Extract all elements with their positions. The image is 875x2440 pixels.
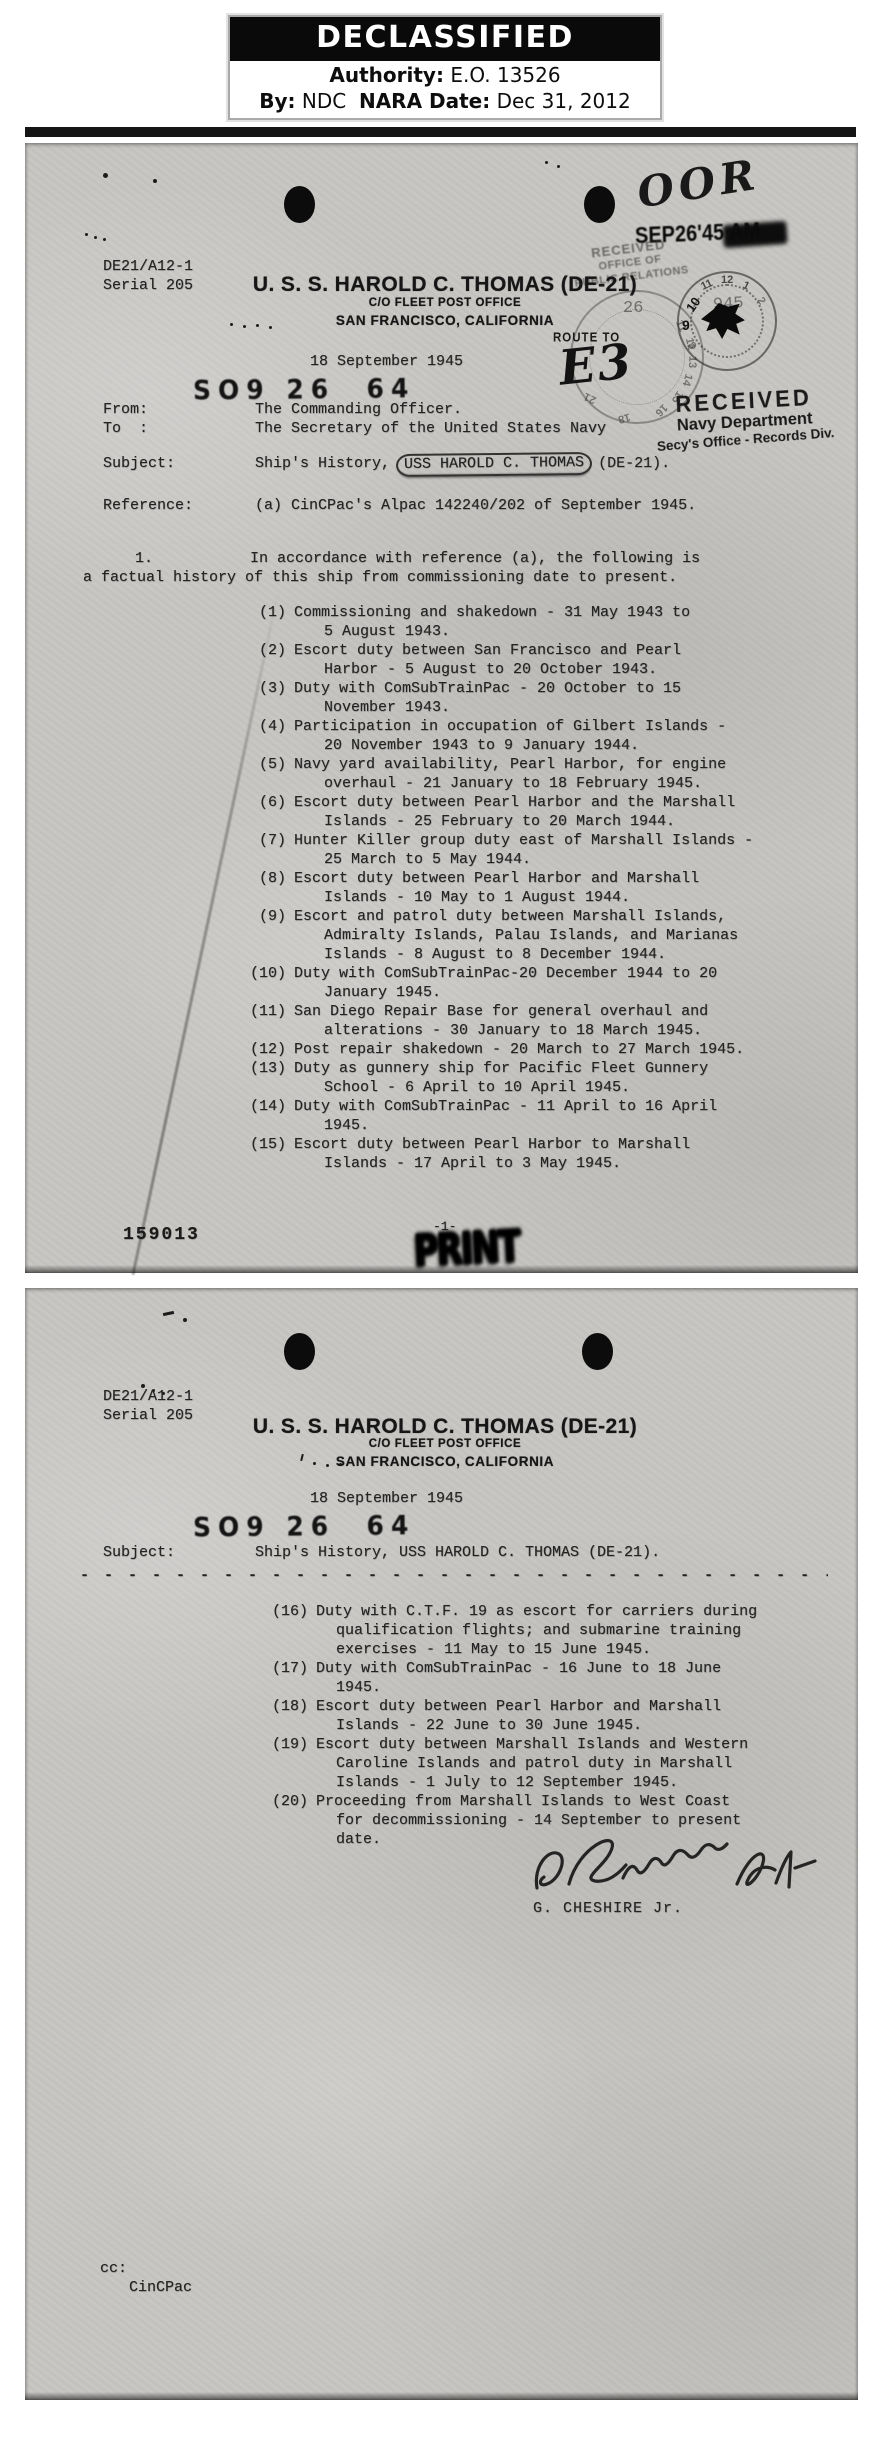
by-value: NDC	[296, 89, 359, 113]
item-number: (15)	[25, 1135, 294, 1173]
nara-date-label: NARA Date:	[359, 89, 490, 113]
ink-speck	[153, 179, 157, 183]
item-text: Navy yard availability, Pearl Harbor, fo…	[294, 755, 858, 793]
declassification-banner: DECLASSIFIED Authority: E.O. 13526 By: N…	[228, 15, 662, 120]
cc-label: cc:	[100, 2260, 127, 2277]
item-number: (1)	[25, 603, 294, 641]
item-number: (10)	[25, 964, 294, 1002]
history-items-list: (1)Commissioning and shakedown - 31 May …	[25, 603, 858, 1173]
history-items-list: (16)Duty with C.T.F. 19 as escort for ca…	[25, 1602, 858, 1849]
clock-number: 12	[721, 274, 733, 286]
nara-date-value: Dec 31, 2012	[490, 89, 630, 113]
authority-line: Authority: E.O. 13526	[230, 63, 660, 87]
from-row: From: The Commanding Officer.	[25, 401, 858, 421]
item-number: (16)	[25, 1602, 316, 1659]
history-item: (18)Escort duty between Pearl Harbor and…	[25, 1697, 858, 1735]
history-item: (4)Participation in occupation of Gilber…	[25, 717, 858, 755]
item-number: (11)	[25, 1002, 294, 1040]
authority-value: E.O. 13526	[444, 63, 561, 87]
history-item: (16)Duty with C.T.F. 19 as escort for ca…	[25, 1602, 858, 1659]
item-text: Escort duty between Marshall Islands and…	[316, 1735, 858, 1792]
header-divider-rule	[25, 127, 856, 137]
history-item: (5)Navy yard availability, Pearl Harbor,…	[25, 755, 858, 793]
ink-speck	[85, 233, 88, 236]
reference-value: (a) CinCPac's Alpac 142240/202 of Septem…	[255, 497, 696, 514]
item-text: Escort duty between San Francisco and Pe…	[294, 641, 858, 679]
punch-hole	[582, 1333, 613, 1370]
print-stamp-smudge: PRINT	[412, 1220, 520, 1277]
history-item: (13)Duty as gunnery ship for Pacific Fle…	[25, 1059, 858, 1097]
item-number: (19)	[25, 1735, 316, 1792]
subject-value: Ship's History, USS HAROLD C. THOMAS (DE…	[255, 1544, 660, 1561]
by-label: By:	[259, 89, 295, 113]
serial-number-stamp: SO9 26 64	[193, 1510, 416, 1542]
item-text: Duty with ComSubTrainPac - 16 June to 18…	[316, 1659, 858, 1697]
letterhead-address-line: SAN FRANCISCO, CALIFORNIA	[175, 313, 715, 328]
reference-label: Reference:	[103, 497, 193, 514]
item-text: Proceeding from Marshall Islands to West…	[316, 1792, 858, 1849]
paragraph-number: 1.	[135, 550, 153, 567]
circled-ship-name: USS HAROLD C. THOMAS	[396, 452, 592, 477]
punch-hole	[284, 186, 315, 223]
history-item: (7)Hunter Killer group duty east of Mars…	[25, 831, 858, 869]
history-item: (11)San Diego Repair Base for general ov…	[25, 1002, 858, 1040]
subject-row: Subject: Ship's History, USS HAROLD C. T…	[25, 1544, 858, 1564]
clock-number: 8	[686, 339, 699, 351]
item-text: Duty with ComSubTrainPac-20 December 194…	[294, 964, 858, 1002]
file-reference-line: DE21/A12-1	[103, 1387, 193, 1406]
item-text: San Diego Repair Base for general overha…	[294, 1002, 858, 1040]
by-nara-line: By: NDC NARA Date: Dec 31, 2012	[230, 89, 660, 113]
archive-number: 159013	[123, 1225, 200, 1245]
punch-hole	[284, 1333, 315, 1370]
letter-date: 18 September 1945	[310, 353, 463, 370]
ink-speck	[545, 161, 548, 164]
item-text: Escort duty between Pearl Harbor and Mar…	[294, 869, 858, 907]
item-number: (17)	[25, 1659, 316, 1697]
letterhead-address-line: C/O FLEET POST OFFICE	[175, 297, 715, 309]
item-text: Post repair shakedown - 20 March to 27 M…	[294, 1040, 858, 1059]
history-item: (3)Duty with ComSubTrainPac - 20 October…	[25, 679, 858, 717]
paragraph-line: In accordance with reference (a), the fo…	[250, 550, 700, 567]
item-text: Commissioning and shakedown - 31 May 194…	[294, 603, 858, 641]
to-value: The Secretary of the United States Navy	[255, 420, 606, 437]
ship-name-letterhead: U. S. S. HAROLD C. THOMAS (DE-21)	[175, 273, 715, 297]
route-code-handwritten: E3	[556, 333, 635, 396]
item-number: (18)	[25, 1697, 316, 1735]
item-number: (6)	[25, 793, 294, 831]
subject-value: Ship's History, USS HAROLD C. THOMAS (DE…	[255, 455, 670, 473]
ship-name-letterhead: U. S. S. HAROLD C. THOMAS (DE-21)	[175, 1415, 715, 1439]
item-text: Escort duty between Pearl Harbor to Mars…	[294, 1135, 858, 1173]
dashed-divider: - - - - - - - - - - - - - - - - - - - - …	[80, 1567, 828, 1584]
history-item: (6)Escort duty between Pearl Harbor and …	[25, 793, 858, 831]
item-text: Duty with ComSubTrainPac - 20 October to…	[294, 679, 858, 717]
item-number: (14)	[25, 1097, 294, 1135]
ink-speck	[94, 236, 97, 239]
ink-speck	[163, 1311, 174, 1316]
history-item: (1)Commissioning and shakedown - 31 May …	[25, 603, 858, 641]
history-item: (10)Duty with ComSubTrainPac-20 December…	[25, 964, 858, 1002]
signature-typed-name: G. CHESHIRE Jr.	[533, 1900, 683, 1917]
ink-speck	[557, 165, 560, 168]
clock-number: 2	[754, 295, 767, 307]
letter-page-1: OOR SEP26'45 AM RECEIVED OFFICE OF PUBLI…	[25, 143, 858, 1273]
item-text: Participation in occupation of Gilbert I…	[294, 717, 858, 755]
history-item: (8)Escort duty between Pearl Harbor and …	[25, 869, 858, 907]
item-number: (3)	[25, 679, 294, 717]
ink-speck	[103, 238, 106, 241]
item-number: (5)	[25, 755, 294, 793]
letterhead-address-line: SAN FRANCISCO, CALIFORNIA	[175, 1454, 715, 1469]
punch-hole	[584, 186, 615, 223]
item-text: Hunter Killer group duty east of Marshal…	[294, 831, 858, 869]
history-item: (15)Escort duty between Pearl Harbor to …	[25, 1135, 858, 1173]
subject-label: Subject:	[103, 1544, 175, 1561]
paragraph-line: a factual history of this ship from comm…	[83, 569, 677, 586]
subject-suffix: (DE-21).	[589, 455, 670, 472]
to-row: To : The Secretary of the United States …	[25, 420, 858, 440]
item-number: (8)	[25, 869, 294, 907]
item-text: Duty with C.T.F. 19 as escort for carrie…	[316, 1602, 858, 1659]
item-number: (20)	[25, 1792, 316, 1849]
ink-speck	[183, 1318, 187, 1322]
history-item: (20)Proceeding from Marshall Islands to …	[25, 1792, 858, 1849]
history-item: (14)Duty with ComSubTrainPac - 11 April …	[25, 1097, 858, 1135]
item-number: (13)	[25, 1059, 294, 1097]
to-label: To :	[103, 420, 148, 437]
from-value: The Commanding Officer.	[255, 401, 462, 418]
item-number: (2)	[25, 641, 294, 679]
declassified-title: DECLASSIFIED	[230, 17, 660, 61]
history-item: (2)Escort duty between San Francisco and…	[25, 641, 858, 679]
item-text: Duty as gunnery ship for Pacific Fleet G…	[294, 1059, 858, 1097]
item-text: Escort duty between Pearl Harbor and the…	[294, 793, 858, 831]
history-item: (17)Duty with ComSubTrainPac - 16 June t…	[25, 1659, 858, 1697]
item-text: Escort duty between Pearl Harbor and Mar…	[316, 1697, 858, 1735]
item-number: (12)	[25, 1040, 294, 1059]
letter-page-2: DE21/A12-1 Serial 205 U. S. S. HAROLD C.…	[25, 1288, 858, 2400]
item-number: (4)	[25, 717, 294, 755]
history-item: (12)Post repair shakedown - 20 March to …	[25, 1040, 858, 1059]
clock-number: 1	[741, 279, 752, 292]
ink-speck	[103, 173, 108, 178]
wheel-number: 14	[680, 372, 695, 387]
cc-value: CinCPac	[129, 2279, 192, 2296]
history-item: (19)Escort duty between Marshall Islands…	[25, 1735, 858, 1792]
subject-label: Subject:	[103, 455, 175, 472]
subject-row: Subject: Ship's History, USS HAROLD C. T…	[25, 455, 858, 475]
oor-handwritten-mark: OOR	[634, 150, 763, 218]
item-number: (9)	[25, 907, 294, 964]
subject-prefix: Ship's History,	[255, 455, 399, 472]
item-number: (7)	[25, 831, 294, 869]
letter-date: 18 September 1945	[310, 1490, 463, 1507]
reference-row: Reference: (a) CinCPac's Alpac 142240/20…	[25, 497, 858, 517]
history-item: (9)Escort and patrol duty between Marsha…	[25, 907, 858, 964]
document-scan-root: DECLASSIFIED Authority: E.O. 13526 By: N…	[0, 0, 875, 2440]
from-label: From:	[103, 401, 148, 418]
item-text: Duty with ComSubTrainPac - 11 April to 1…	[294, 1097, 858, 1135]
item-text: Escort and patrol duty between Marshall …	[294, 907, 858, 964]
letterhead-address-line: C/O FLEET POST OFFICE	[175, 1438, 715, 1450]
authority-label: Authority:	[329, 63, 444, 87]
